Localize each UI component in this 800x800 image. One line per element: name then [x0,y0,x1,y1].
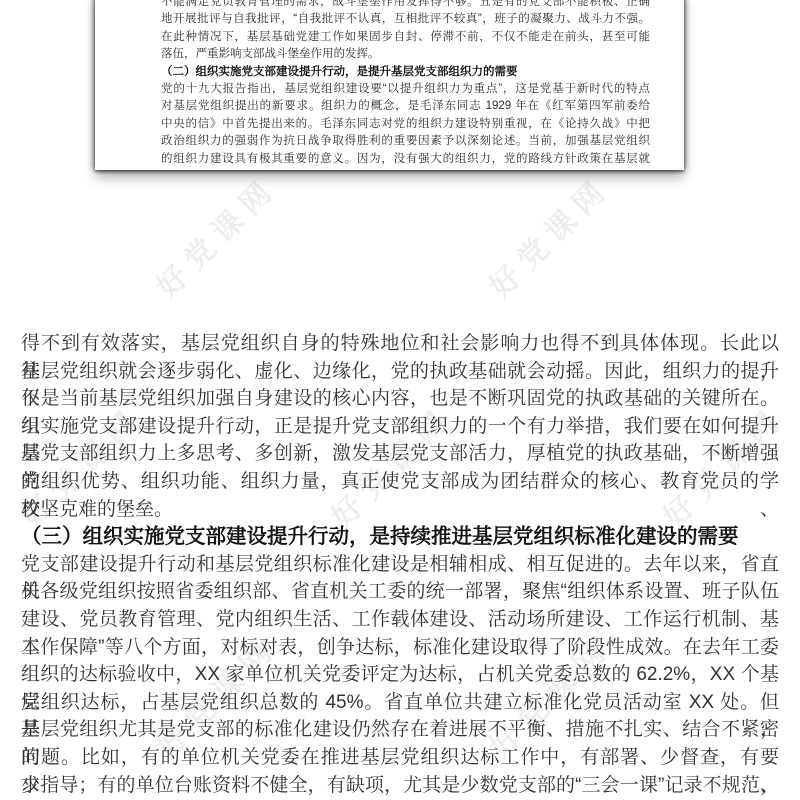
article-text-line: 关各级党组织按照省委组织部、省直机关工委的统一部署，聚焦“组织体系设置、班子队伍 [21,578,779,606]
article-text-line: 仅是当前基层党组织加强自身建设的核心内容，也是不断巩固党的执政基础的关键所在。组 [21,385,779,413]
article-text-line: 的组织优势、组织功能、组织力量，真正使党支部成为团结群众的核心、教育党员的学校、 [21,468,779,496]
preview-text-line: 落伍，严重影响支部战斗堡垒作用的发挥。 [161,46,650,63]
article-text-line: 层党支部组织力上多思考、多创新，激发基层党支部活力，厚植党的执政基础，不断增强党 [21,440,779,468]
article-text-line: （三）组织实施党支部建设提升行动，是持续推进基层党组织标准化建设的需要 [21,523,779,551]
article-text-line: 得不到有效落实，基层党组织自身的特殊地位和社会影响力也得不到具体体现。长此以往， [21,330,779,358]
preview-text-line: 对基层党组织提出的新要求。组织力的概念，是毛泽东同志 1929 年在《红军第四军… [161,98,650,115]
preview-text-line: （二）组织实施党支部建设提升行动，是提升基层党支部组织力的需要 [161,64,650,81]
article-text-line: 织实施党支部建设提升行动，正是提升党支部组织力的一个有力举措，我们要在如何提升基 [21,413,779,441]
preview-text-line: 不能满足党员教育管理的需求，战斗堡垒作用发挥得不够。五是有的党支部不能积极、正确 [161,0,650,11]
preview-text-line: 的组织力建设具有极其重要的意义。因为，没有强大的组织力，党的路线方针政策在基层就 [161,151,650,168]
article-text-line: 党支部建设提升行动和基层党组织标准化建设是相辅相成、相互促进的。去年以来，省直机 [21,551,779,579]
article-text-line: 基层党组织尤其是党支部的标准化建设仍然存在着进展不平衡、措施不扎实、结合不紧密的 [21,716,779,744]
article-text-line: 组织的达标验收中，XX 家单位机关党委评定为达标，占机关党委总数的 62.2%，… [21,661,779,689]
preview-text-line: 党的十九大报告指出，基层党组织建设要“以提升组织力为重点”，这是党基于新时代的特… [161,81,650,98]
article-text-line: 基层党组织就会逐步弱化、虚化、边缘化，党的执政基础就会动摇。因此，组织力的提升不 [21,358,779,386]
article-text-line: 工作保障”等八个方面，对标对表，创争达标，标准化建设取得了阶段性成效。在去年工委 [21,634,779,662]
article-text-line: 党组织达标，占基层党组织总数的 45%。省直单位共建立标准化党员活动室 XX 处… [21,689,779,717]
article-text-line: 建设、党员教育管理、党内组织生活、工作载体建设、活动场所建设、工作运行机制、基本 [21,606,779,634]
preview-text-line: 在此种情况下，基层基础党建工作如果固步自封、停滞不前，不仅不能走在前头，甚至可能 [161,29,650,46]
article-text-line: 问题。比如，有的单位机关党委在推进基层党组织达标工作中，有部署、少督查，有要求、 [21,744,779,772]
preview-text-line: 中央的信》中首先提出来的。毛泽东同志对党的组织力建设特别重视，在《论持久战》中把 [161,116,650,133]
site-watermark-text: 好党课网 [477,164,618,305]
article-text: 得不到有效落实，基层党组织自身的特殊地位和社会影响力也得不到具体体现。长此以往，… [21,330,779,799]
document-page-thumbnail: 不能满足党员教育管理的需求，战斗堡垒作用发挥得不够。五是有的党支部不能积极、正确… [95,0,684,170]
preview-text-line: 地开展批评与自我批评，“自我批评不认真，互相批评不较真”，班子的凝聚力、战斗力不… [161,11,650,28]
preview-text-line: 政治组织力的强弱作为抗日战争取得胜利的重要因素予以深刻论述。当前，加强基层党组织 [161,133,650,150]
site-watermark-text: 好党课网 [144,164,285,305]
article-text-line: 少指导；有的单位台账资料不健全，有缺项，尤其是少数党支部的“三会一课”记录不规范… [21,772,779,800]
document-viewer-page: 好党课网好党课网好党课网好党课网好党课网好党课网好党课网 不能满足党员教育管理的… [0,0,800,800]
